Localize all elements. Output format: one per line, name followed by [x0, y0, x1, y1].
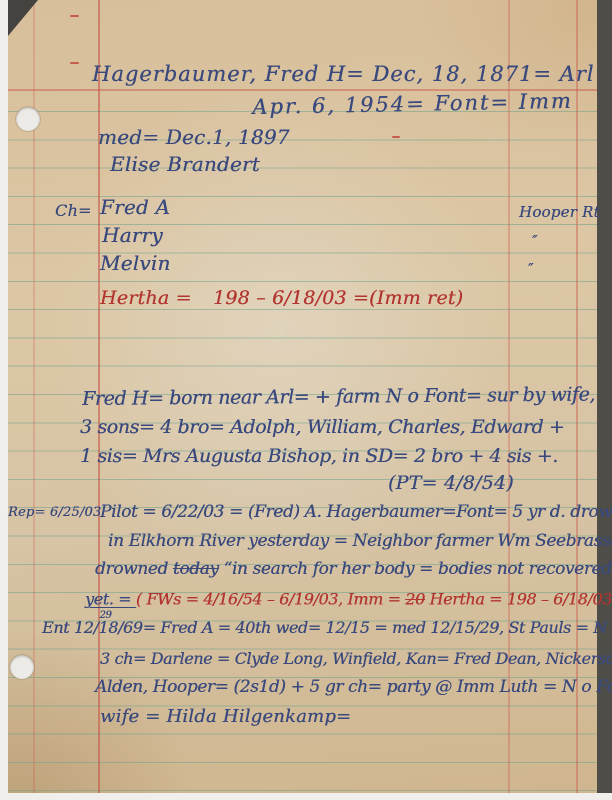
- child-name-1: Fred A: [100, 195, 170, 219]
- report-line-2: in Elkhorn River yesterday = Neighbor fa…: [108, 531, 612, 551]
- report-line-4-blue: yet. =: [85, 589, 136, 608]
- report-line-4-red-dates: ( FWs = 4/16/54 – 6/19/03, Imm =: [136, 589, 405, 608]
- obit-line-2: 3 sons= 4 bro= Adolph, William, Charles,…: [80, 416, 564, 438]
- paper-page: Hagerbaumer, Fred H= Dec, 18, 1871= Arl …: [8, 0, 597, 793]
- report-line-3-start: drowned: [95, 559, 173, 579]
- report-line-3: drowned today “in search for her body = …: [95, 559, 612, 579]
- children-label: Ch=: [55, 201, 92, 220]
- struck-word-today: today: [173, 559, 219, 579]
- hole-punch-top: [16, 107, 40, 131]
- obit-line-3: 1 sis= Mrs Augusta Bishop, in SD= 2 bro …: [80, 445, 558, 467]
- report-line-4: yet. = ( FWs = 4/16/54 – 6/19/03, Imm = …: [85, 588, 612, 608]
- scanner-background: [597, 0, 612, 793]
- residence-note: Hooper Rt: [519, 203, 600, 221]
- entry-line-4: wife = Hilda Hilgenkamp=: [100, 706, 351, 727]
- red-check-dash-3: [392, 136, 400, 138]
- report-line-4-struck-number: 20: [405, 589, 425, 608]
- entry-date-superscript: 29: [99, 610, 111, 621]
- entry-line-1-prefix: Ent 12/: [42, 618, 98, 637]
- hertha-note: 198 – 6/18/03 =(Imm ret): [213, 287, 463, 309]
- ditto-mark-1: ″: [532, 232, 538, 250]
- red-check-dash-1: [70, 15, 79, 17]
- child-name-3: Melvin: [100, 251, 171, 275]
- obit-source-note: (PT= 4/8/54): [388, 472, 514, 494]
- report-line-1: Pilot = 6/22/03 = (Fred) A. Hagerbaumer=…: [100, 502, 612, 522]
- marriage-date-line: med= Dec.1, 1897: [98, 125, 290, 149]
- hertha-name: Hertha =: [100, 287, 192, 309]
- report-margin-date: Rep= 6/25/03: [8, 505, 101, 520]
- spouse-name: Elise Brandert: [110, 152, 260, 176]
- entry-line-1-rest: /69= Fred A = 40th wed= 12/15 = med 12/1…: [118, 618, 612, 637]
- report-line-3-end: “in search for her body = bodies not rec…: [219, 559, 612, 579]
- hole-punch-bottom: [10, 655, 34, 679]
- entry-line-2: 3 ch= Darlene = Clyde Long, Winfield, Ka…: [100, 649, 612, 668]
- obit-line-1: Fred H= born near Arl= + farm N o Font= …: [82, 384, 595, 410]
- red-check-dash-2: [70, 62, 79, 64]
- entry-line-1: Ent 12/1829/69= Fred A = 40th wed= 12/15…: [42, 618, 612, 637]
- surname-birth-line: Hagerbaumer, Fred H= Dec, 18, 1871= Arl: [92, 62, 594, 86]
- entry-line-3: Alden, Hooper= (2s1d) + 5 gr ch= party @…: [95, 677, 612, 697]
- entry-date-correction: 1829: [98, 618, 118, 637]
- child-name-2: Harry: [102, 223, 163, 247]
- report-line-4-hertha-ref: Hertha = 198 – 6/18/03: [425, 589, 612, 608]
- ditto-mark-2: ″: [528, 260, 534, 278]
